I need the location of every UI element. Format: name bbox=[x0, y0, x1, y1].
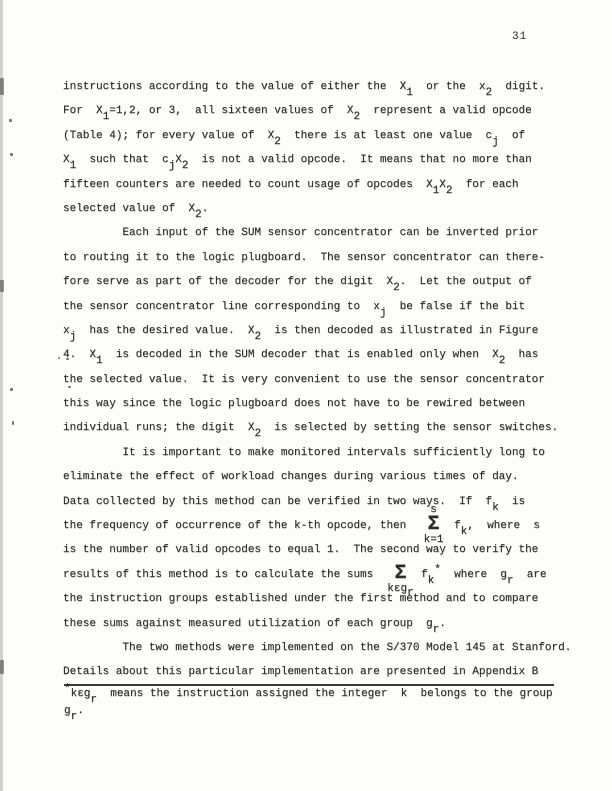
text-run: individual runs; the digit X bbox=[63, 422, 254, 434]
subscript: k bbox=[461, 526, 468, 538]
text-line: Each input of the SUM sensor concentrato… bbox=[63, 221, 608, 245]
text-line: It is important to make monitored interv… bbox=[63, 441, 608, 465]
text-run: . bbox=[439, 618, 446, 630]
text-run: X bbox=[175, 154, 182, 166]
text-line: For X1=1,2, or 3, all sixteen values of … bbox=[63, 99, 608, 123]
subscript: r bbox=[507, 575, 514, 587]
text-run: Data collected by this method can be ver… bbox=[63, 496, 492, 508]
text-line: Details about this particular implementa… bbox=[63, 660, 608, 684]
subscript: r bbox=[90, 694, 97, 706]
summation-lower-limit: kεgr bbox=[387, 584, 413, 595]
text-line: is the number of valid opcodes to equal … bbox=[63, 538, 608, 562]
summation-symbol: Σkεgr bbox=[388, 563, 412, 587]
subscript: j bbox=[169, 160, 176, 172]
text-run: means the instruction assigned the integ… bbox=[97, 688, 552, 700]
subscript: j bbox=[492, 136, 499, 148]
scan-blob-artifact bbox=[0, 660, 4, 674]
text-run: is the number of valid opcodes to equal … bbox=[63, 544, 538, 556]
subscript: 2 bbox=[195, 209, 202, 221]
scan-speck-artifact bbox=[12, 421, 14, 425]
text-run: . bbox=[77, 705, 84, 717]
text-run: For X bbox=[63, 105, 103, 117]
text-line: fore serve as part of the decoder for th… bbox=[63, 270, 608, 294]
text-run: are bbox=[514, 569, 547, 581]
text-line: X1 such that cjX2 is not a valid opcode.… bbox=[63, 148, 608, 172]
subscript: 2 bbox=[182, 160, 189, 172]
text-line: results of this method is to calculate t… bbox=[63, 563, 608, 587]
text-run: has bbox=[505, 349, 538, 361]
text-line: xj has the desired value. X2 is then dec… bbox=[63, 319, 608, 343]
text-run: there is at least one value c bbox=[281, 130, 492, 142]
text-run: is decoded in the SUM decoder that is en… bbox=[103, 349, 499, 361]
text-line: Data collected by this method can be ver… bbox=[63, 490, 608, 514]
text-run: kεg bbox=[387, 583, 407, 595]
text-run: be false if the bit bbox=[386, 301, 525, 313]
subscript: 1 bbox=[433, 185, 440, 197]
text-line: to routing it to the logic plugboard. Th… bbox=[63, 246, 608, 270]
scan-blob-artifact bbox=[0, 280, 4, 292]
text-run: fore serve as part of the decoder for th… bbox=[63, 276, 393, 288]
text-run: fifteen counters are needed to count usa… bbox=[63, 179, 433, 191]
subscript: 2 bbox=[446, 185, 453, 197]
text-run: to routing it to the logic plugboard. Th… bbox=[63, 252, 545, 264]
text-run: x bbox=[63, 325, 70, 337]
text-run: the frequency of occurrence of the k-th … bbox=[63, 520, 419, 532]
text-run: k=1 bbox=[424, 534, 444, 546]
subscript: 2 bbox=[353, 111, 360, 123]
text-run: of bbox=[499, 130, 525, 142]
subscript: 1 bbox=[96, 355, 103, 367]
text-run: results of this method is to calculate t… bbox=[63, 569, 386, 581]
body-text: instructions according to the value of e… bbox=[63, 75, 608, 685]
text-run: , where s bbox=[467, 520, 540, 532]
page-number: 31 bbox=[512, 31, 527, 43]
text-run: such that c bbox=[76, 154, 168, 166]
scan-speck-artifact bbox=[58, 357, 60, 359]
text-run: has the desired value. X bbox=[76, 325, 254, 337]
text-line: (Table 4); for every value of X2 there i… bbox=[63, 124, 608, 148]
text-line: eliminate the effect of workload changes… bbox=[63, 465, 608, 489]
text-run: X bbox=[63, 154, 70, 166]
superscript: * bbox=[434, 564, 441, 576]
text-line: 4. X1 is decoded in the SUM decoder that… bbox=[63, 343, 608, 367]
text-run: these sums against measured utilization … bbox=[63, 618, 433, 630]
text-line: instructions according to the value of e… bbox=[63, 75, 608, 99]
text-run: eliminate the effect of workload changes… bbox=[63, 471, 518, 483]
subscript: 1 bbox=[70, 160, 77, 172]
text-run: It is important to make monitored interv… bbox=[63, 447, 545, 459]
subscript: 2 bbox=[274, 136, 281, 148]
text-run: Each input of the SUM sensor concentrato… bbox=[63, 227, 538, 239]
summation-lower-limit: k=1 bbox=[424, 535, 444, 546]
text-run: where g bbox=[441, 569, 507, 581]
subscript: 2 bbox=[254, 331, 261, 343]
subscript: 2 bbox=[499, 355, 506, 367]
text-run: f bbox=[447, 520, 460, 532]
text-line: individual runs; the digit X2 is selecte… bbox=[63, 416, 608, 440]
text-run: the instruction groups established under… bbox=[63, 593, 538, 605]
subscript: k bbox=[492, 502, 499, 514]
scan-speck-artifact bbox=[10, 153, 13, 156]
subscript: k bbox=[428, 575, 435, 587]
text-line: this way since the logic plugboard does … bbox=[63, 392, 608, 416]
text-run: is then decoded as illustrated in Figure bbox=[261, 325, 538, 337]
document-page: 31 instructions according to the value o… bbox=[0, 0, 612, 791]
footnote: *kεgr means the instruction assigned the… bbox=[64, 686, 604, 720]
text-run: is not a valid opcode. It means that no … bbox=[188, 154, 531, 166]
text-run: =1,2, or 3, all sixteen values of X bbox=[109, 105, 353, 117]
subscript: r bbox=[71, 711, 78, 723]
text-run: kεg bbox=[71, 688, 91, 700]
subscript: 2 bbox=[393, 282, 400, 294]
subscript: 2 bbox=[254, 428, 261, 440]
subscript: 1 bbox=[406, 87, 413, 99]
text-line: the selected value. It is very convenien… bbox=[63, 368, 608, 392]
text-line: gr. bbox=[64, 703, 604, 720]
text-line: the sensor concentrator line correspondi… bbox=[63, 295, 608, 319]
text-run: is bbox=[499, 496, 525, 508]
text-line: these sums against measured utilization … bbox=[63, 612, 608, 636]
text-run: The two methods were implemented on the … bbox=[63, 642, 571, 654]
text-run: (Table 4); for every value of X bbox=[63, 130, 274, 142]
text-line: fifteen counters are needed to count usa… bbox=[63, 173, 608, 197]
text-run: for each bbox=[453, 179, 519, 191]
text-line: the frequency of occurrence of the k-th … bbox=[63, 514, 608, 538]
subscript: 1 bbox=[103, 111, 110, 123]
text-run: the selected value. It is very convenien… bbox=[63, 374, 545, 386]
sigma-glyph: Σ bbox=[427, 514, 439, 536]
text-run: . bbox=[202, 203, 209, 215]
subscript: j bbox=[70, 331, 77, 343]
text-run: the sensor concentrator line correspondi… bbox=[63, 301, 380, 313]
text-run: this way since the logic plugboard does … bbox=[63, 398, 525, 410]
text-line: The two methods were implemented on the … bbox=[63, 636, 608, 660]
subscript: r bbox=[433, 624, 440, 636]
text-line: selected value of X2. bbox=[63, 197, 608, 221]
text-run: X bbox=[439, 179, 446, 191]
text-line: the instruction groups established under… bbox=[63, 587, 608, 611]
text-run: Details about this particular implementa… bbox=[63, 666, 538, 678]
superscript: * bbox=[64, 683, 71, 695]
text-run: or the x bbox=[413, 81, 486, 93]
text-run: instructions according to the value of e… bbox=[63, 81, 406, 93]
subscript: 2 bbox=[486, 87, 493, 99]
scan-blob-artifact bbox=[0, 78, 4, 95]
text-run: digit. bbox=[492, 81, 545, 93]
text-line: *kεgr means the instruction assigned the… bbox=[64, 686, 604, 703]
scan-speck-artifact bbox=[10, 388, 13, 391]
text-run: f bbox=[414, 569, 427, 581]
text-run: selected value of X bbox=[63, 203, 195, 215]
text-run: . Let the output of bbox=[400, 276, 532, 288]
scan-speck-artifact bbox=[9, 119, 12, 122]
summation-symbol: sΣk=1 bbox=[421, 514, 445, 538]
text-run: represent a valid opcode bbox=[360, 105, 532, 117]
text-run: is selected by setting the sensor switch… bbox=[261, 422, 558, 434]
subscript: j bbox=[380, 307, 387, 319]
text-run: g bbox=[64, 705, 71, 717]
text-run: 4. X bbox=[63, 349, 96, 361]
subscript: r bbox=[407, 587, 414, 599]
sigma-glyph: Σ bbox=[394, 563, 406, 585]
